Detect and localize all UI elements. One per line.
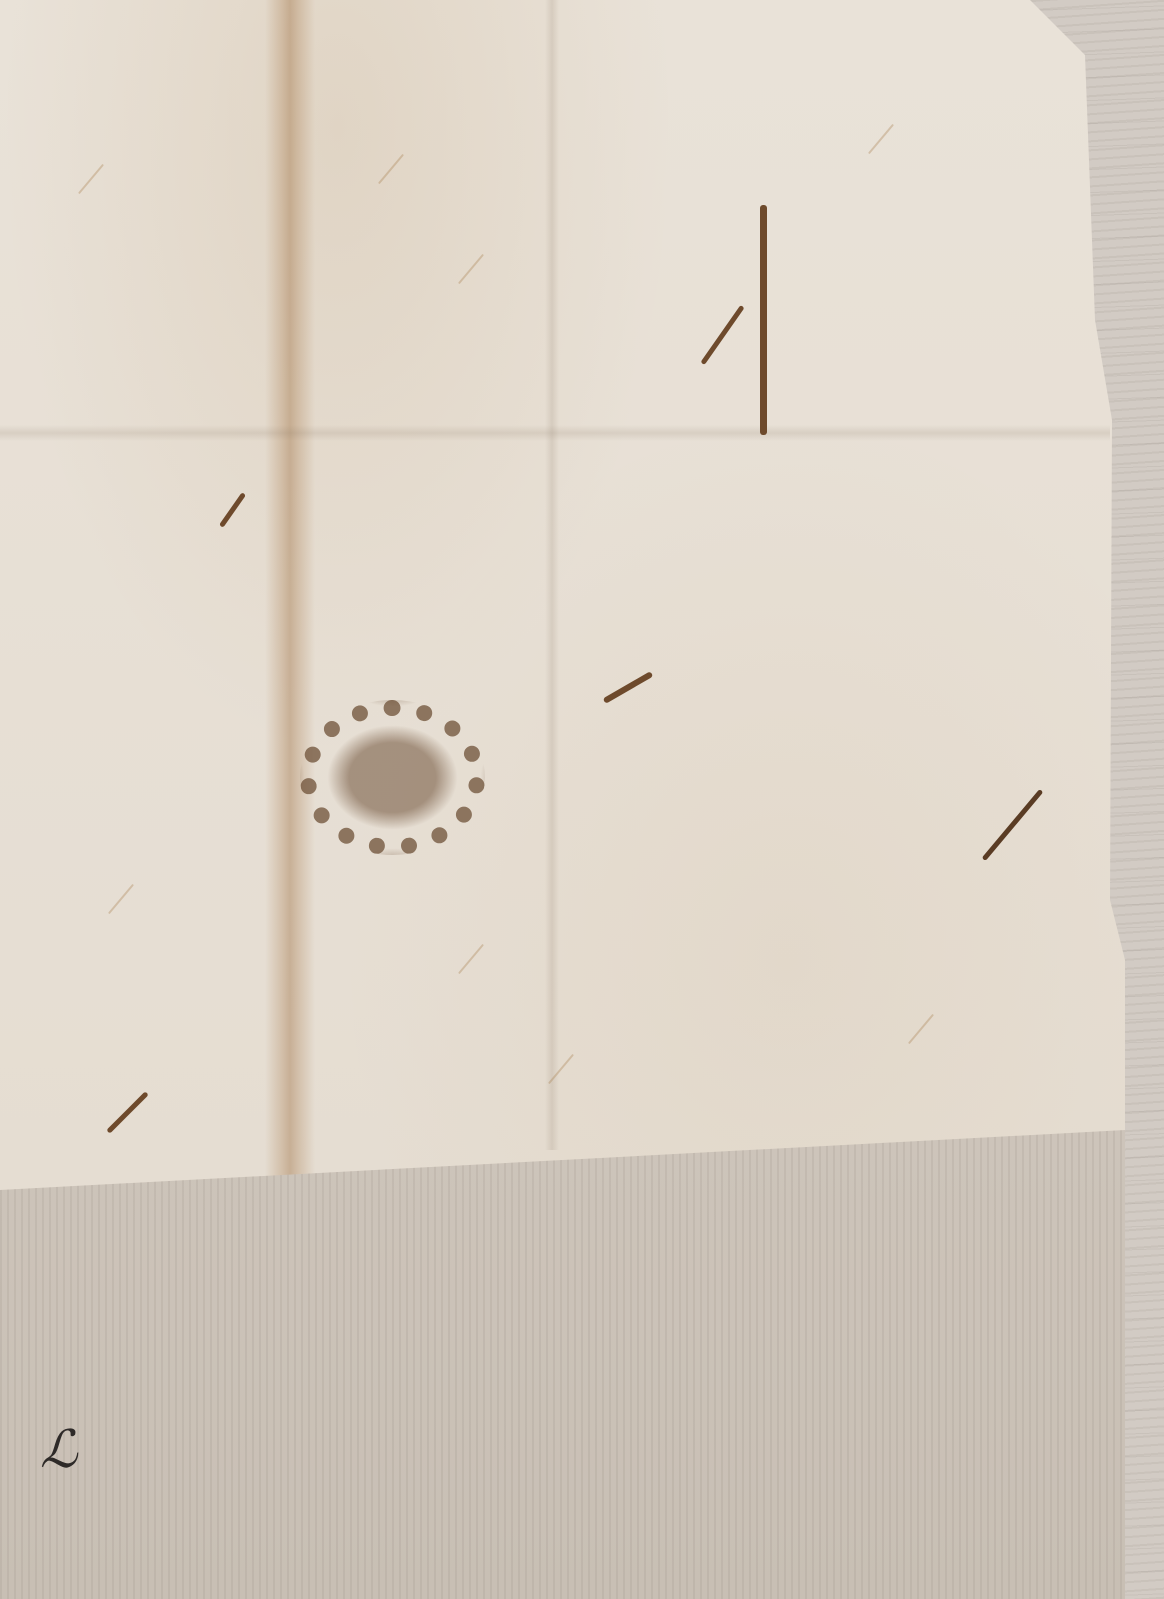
ink-stroke <box>106 1091 148 1133</box>
vertical-fold-crease <box>545 0 559 1150</box>
ink-stroke <box>982 789 1044 861</box>
bleed-stroke <box>378 154 404 184</box>
folded-lower-flap <box>0 1130 1125 1599</box>
ink-stroke <box>219 492 246 528</box>
bleed-stroke <box>78 164 104 194</box>
ink-stroke <box>700 305 744 365</box>
ink-stroke <box>603 671 654 704</box>
bleed-stroke <box>908 1014 934 1044</box>
bleed-stroke <box>458 944 484 974</box>
bleed-stroke <box>868 124 894 154</box>
horizontal-fold-crease <box>0 425 1110 441</box>
bleed-stroke <box>458 254 484 284</box>
ink-stroke <box>760 205 767 435</box>
handwritten-corner-mark: ℒ <box>40 1420 77 1480</box>
ink-seal-stamp <box>300 700 485 855</box>
bleed-stroke <box>108 884 134 914</box>
